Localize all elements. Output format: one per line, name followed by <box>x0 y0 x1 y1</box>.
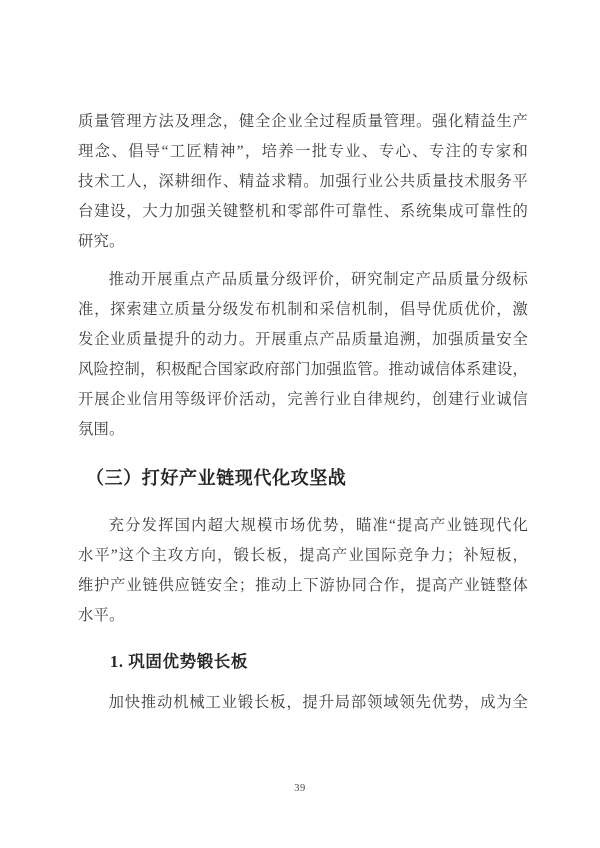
paragraph-quality-grading: 推动开展重点产品质量分级评价，研究制定产品质量分级标 准，探索建立质量分级发布机… <box>78 265 528 445</box>
text-line: 准，探索建立质量分级发布机制和采信机制，倡导优质优价，激 <box>78 295 528 325</box>
text-line: 质量管理方法及理念，健全企业全过程质量管理。强化精益生产 <box>78 107 528 137</box>
paragraph-quality-management: 质量管理方法及理念，健全企业全过程质量管理。强化精益生产 理念、倡导“工匠精神”… <box>78 107 528 257</box>
text-line: 氛围。 <box>78 415 528 445</box>
paragraph-strengthen-advantages: 加快推动机械工业锻长板，提升局部领域领先优势，成为全 <box>78 688 528 718</box>
text-line: 水平。 <box>78 601 528 631</box>
text-line: 技术工人，深耕细作、精益求精。加强行业公共质量技术服务平 <box>78 167 528 197</box>
text-line: 加快推动机械工业锻长板，提升局部领域领先优势，成为全 <box>78 688 528 718</box>
page-number: 39 <box>0 783 600 794</box>
text-line: 发企业质量提升的动力。开展重点产品质量追溯，加强质量安全 <box>78 325 528 355</box>
section-heading: （三）打好产业链现代化攻坚战 <box>86 463 528 493</box>
text-line: 开展企业信用等级评价活动，完善行业自律规约，创建行业诚信 <box>78 385 528 415</box>
text-line: 维护产业链供应链安全；推动上下游协同合作，提高产业链整体 <box>78 571 528 601</box>
text-line: 水平”这个主攻方向，锻长板，提高产业国际竞争力；补短板， <box>78 541 528 571</box>
document-page: 质量管理方法及理念，健全企业全过程质量管理。强化精益生产 理念、倡导“工匠精神”… <box>0 0 600 848</box>
text-line: 风险控制，积极配合国家政府部门加强监管。推动诚信体系建设， <box>78 355 528 385</box>
text-line: 充分发挥国内超大规模市场优势，瞄准“提高产业链现代化 <box>78 511 528 541</box>
text-line: 研究。 <box>78 227 528 257</box>
paragraph-industry-chain: 充分发挥国内超大规模市场优势，瞄准“提高产业链现代化 水平”这个主攻方向，锻长板… <box>78 511 528 631</box>
text-line: 推动开展重点产品质量分级评价，研究制定产品质量分级标 <box>78 265 528 295</box>
sub-heading: 1. 巩固优势锻长板 <box>110 647 528 677</box>
text-line: 台建设，大力加强关键整机和零部件可靠性、系统集成可靠性的 <box>78 197 528 227</box>
text-line: 理念、倡导“工匠精神”，培养一批专业、专心、专注的专家和 <box>78 137 528 167</box>
